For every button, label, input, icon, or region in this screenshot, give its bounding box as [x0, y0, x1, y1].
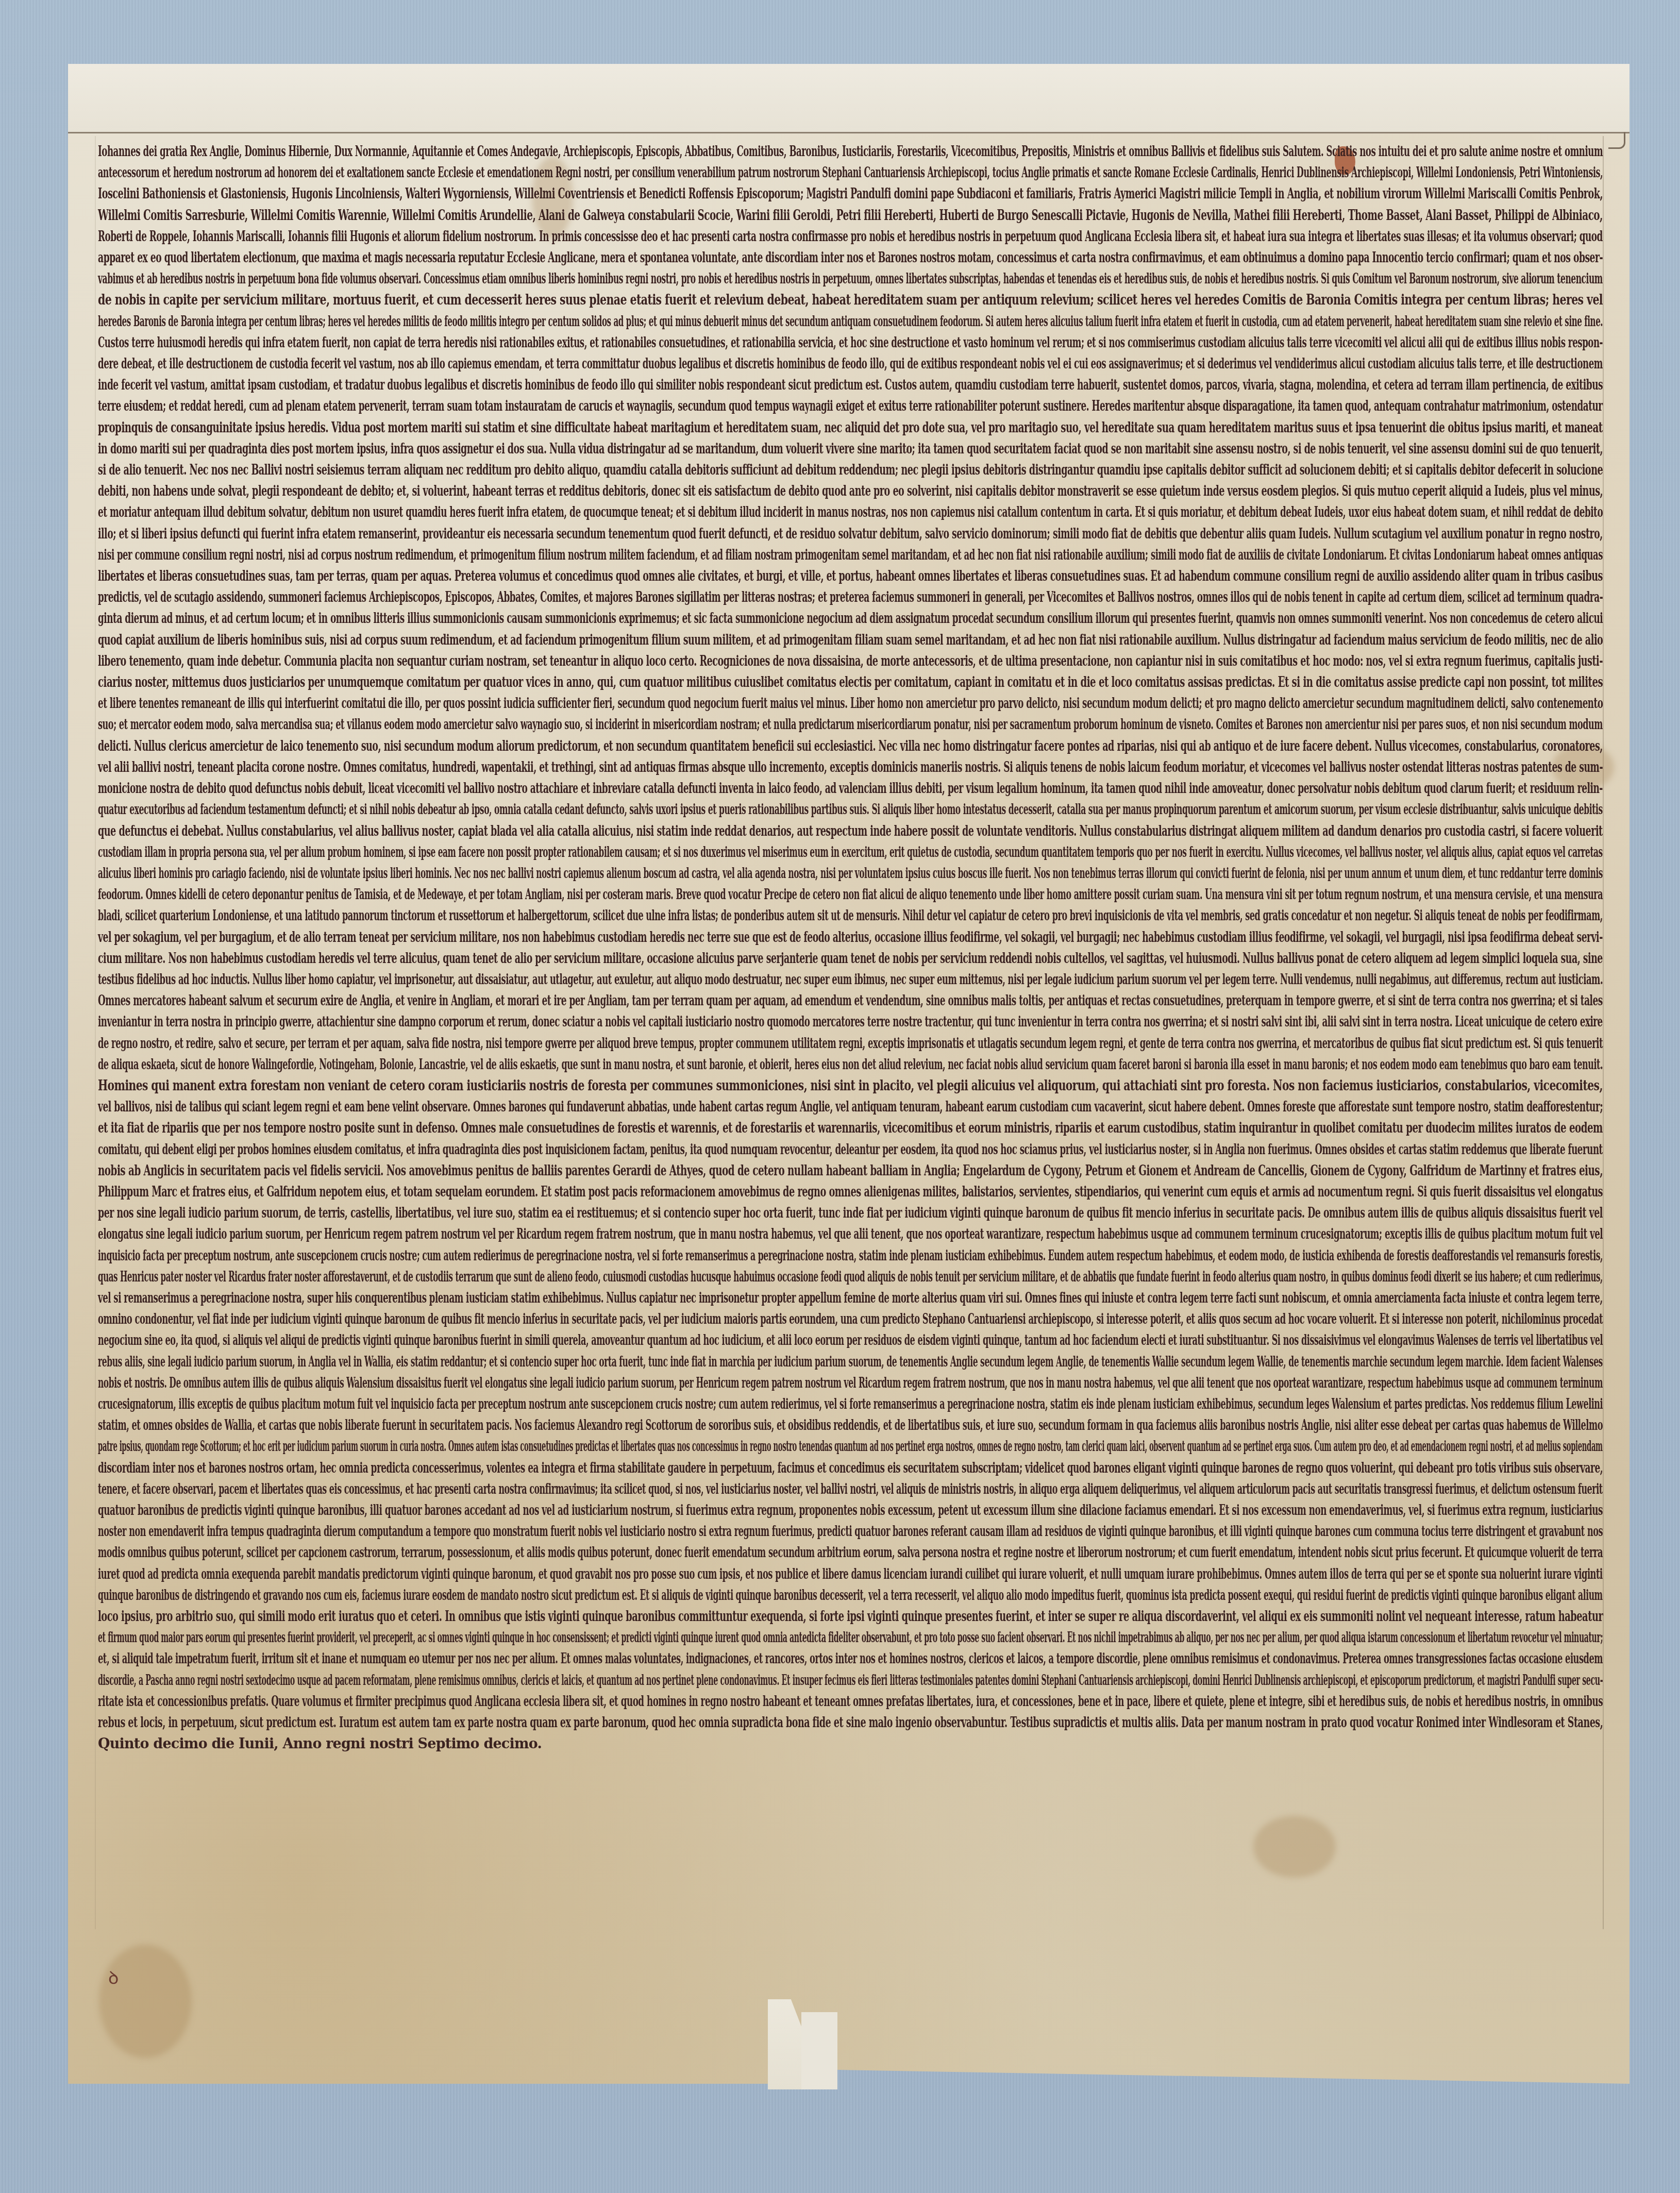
text-line: et moriatur antequam illud debitum solva…: [98, 502, 1603, 523]
text-line: ciarius noster, mittemus duos justiciari…: [98, 672, 1603, 693]
text-line: Ioscelini Bathoniensis et Glastoniensis,…: [98, 183, 1603, 205]
text-line: tenere, et facere observari, pacem et li…: [98, 1479, 1603, 1500]
text-line: nobis et nostris. De omnibus autem illis…: [98, 1373, 1603, 1394]
text-line: comitatu, qui debent eligi per probos ho…: [98, 1139, 1603, 1160]
text-line: elongatus sine legali iudicio parium suo…: [98, 1224, 1603, 1245]
text-line: cium militare. Nos non habebimus custodi…: [98, 948, 1603, 969]
text-line: statim, et omnes obsides de Wallia, et c…: [98, 1415, 1603, 1436]
fold-tab-right: [1608, 132, 1625, 149]
text-line: patre ipsius, quondam rege Scottorum; et…: [98, 1436, 1603, 1457]
text-line: et libere tenentes remaneant de illis qu…: [98, 693, 1603, 714]
text-line: apparet ex eo quod libertatem electionum…: [98, 247, 1603, 268]
text-line: Willelmi Comitis Sarresburie, Willelmi C…: [98, 205, 1603, 226]
text-line: antecessorum et heredum nostrorum ad hon…: [98, 162, 1603, 183]
text-line: quatuor baronibus de predictis viginti q…: [98, 1500, 1603, 1521]
stain: [1253, 1816, 1336, 1878]
text-line: et firmum quod maior pars eorum qui pres…: [98, 1627, 1603, 1648]
text-line: delicti. Nullus clericus amercietur de l…: [98, 736, 1603, 757]
text-line: et ita fiat de ripariis que per nos temp…: [98, 1118, 1603, 1139]
text-line: in domo mariti sui per quadraginta dies …: [98, 438, 1603, 460]
text-line: omnino condonentur, vel fiat inde per iu…: [98, 1309, 1603, 1330]
text-line: quatur executoribus ad faciendum testame…: [98, 799, 1603, 820]
text-line: Quinto decimo die Iunii, Anno regni nost…: [98, 1733, 542, 1755]
text-line: loco ipsius, pro arbitrio suo, qui simil…: [98, 1606, 1603, 1627]
text-line: terre eiusdem; et reddat heredi, cum ad …: [98, 396, 1603, 417]
text-line: vabimus et ab heredibus nostris in perpe…: [98, 268, 1603, 290]
text-line: noster non emendaverit infra tempus quad…: [98, 1521, 1603, 1542]
text-line: vel ballivos, nisi de talibus qui sciant…: [98, 1096, 1603, 1118]
bottom-notch-repair-strip: [801, 2012, 837, 2089]
text-line: discordiam inter nos et barones nostros …: [98, 1458, 1603, 1479]
text-line: monicione nostra de debito quod defunctu…: [98, 778, 1603, 799]
text-line: rebus et locis, in perpetuum, sicut pred…: [98, 1712, 1603, 1733]
text-line: suo; et mercator eodem modo, salva merca…: [98, 714, 1603, 735]
text-line: Homines qui manent extra forestam non ve…: [98, 1075, 1603, 1096]
margin-rule-left: [95, 136, 96, 1929]
text-line: Omnes mercatores habeant salvum et secur…: [98, 990, 1603, 1011]
text-line: negocium sine eo, ita quod, si aliquis v…: [98, 1330, 1603, 1351]
text-line: de regno nostro, et redire, salvo et sec…: [98, 1033, 1603, 1054]
text-line: illo; et si liberi ipsius defuncti qui f…: [98, 524, 1603, 545]
charter-parchment: Iohannes dei gratia Rex Anglie, Dominus …: [68, 64, 1629, 2084]
text-line: vel si remanserimus a peregrinacione nos…: [98, 1288, 1603, 1309]
text-line: bladi, scilicet quarterium Londoniense, …: [98, 905, 1603, 926]
text-line: nobis ab Anglicis in securitatem pacis v…: [98, 1160, 1603, 1182]
text-line: per nos sine legali iudicio parium suoru…: [98, 1203, 1603, 1224]
text-line: ginta dierum ad minus, et ad certum locu…: [98, 608, 1603, 629]
text-line: de nobis in capite per servicium militar…: [98, 290, 1603, 311]
text-line: quod capiat auxilium de liberis hominibu…: [98, 630, 1603, 651]
text-line: crucesignatorum, illis exceptis de quibu…: [98, 1394, 1603, 1415]
corner-ink-mark: ꝺ: [108, 1965, 119, 1989]
text-line: Philippum Marc et fratres eius, et Galfr…: [98, 1182, 1603, 1203]
text-line: iuret quod ad predicta omnia exequenda p…: [98, 1564, 1603, 1585]
charter-text: Iohannes dei gratia Rex Anglie, Dominus …: [98, 141, 1603, 1755]
text-line: dere debeat, et ille destructionem de cu…: [98, 353, 1603, 375]
text-line: libero tenemento, quam inde debetur. Com…: [98, 651, 1603, 672]
text-line: predictis, vel de scutagio assidendo, su…: [98, 587, 1603, 608]
text-line: ritate ista et concessionibus prefatis. …: [98, 1691, 1603, 1712]
margin-rule-right: [1603, 136, 1604, 1929]
text-line: nisi per commune consilium regni nostri,…: [98, 545, 1603, 566]
text-line: Iohannes dei gratia Rex Anglie, Dominus …: [98, 141, 1603, 162]
text-line: inveniantur in terra nostra in principio…: [98, 1011, 1603, 1033]
text-line: alicuius liberi hominis pro cariagio fac…: [98, 863, 1603, 884]
text-line: feodorum. Omnes kidelli de cetero depona…: [98, 884, 1603, 905]
text-line: si de alio tenuerit. Nec nos nec Ballivi…: [98, 460, 1603, 481]
text-line: libertates et liberas consuetudines suas…: [98, 566, 1603, 587]
text-line: et, si aliquid tale impetratum fuerit, i…: [98, 1648, 1603, 1669]
text-line: inquisicio facta per preceptum nostrum, …: [98, 1245, 1603, 1267]
text-line: heredes Baronis de Baronia integra per c…: [98, 311, 1603, 332]
text-line: inde fecerit vel vastum, amittat ipsam c…: [98, 375, 1603, 396]
text-line: que defunctus ei debebat. Nullus constab…: [98, 821, 1603, 842]
text-line: Custos terre huiusmodi heredis qui infra…: [98, 332, 1603, 353]
text-line: rebus aliis, sine legali iudicio parium …: [98, 1352, 1603, 1373]
text-line: discordie, a Pascha anno regni nostri se…: [98, 1670, 1603, 1691]
text-line: propinquis de consanguinitate ipsius her…: [98, 417, 1603, 438]
text-line: quas Henricus pater noster vel Ricardus …: [98, 1267, 1603, 1288]
text-line: Roberti de Roppele, Iohannis Mariscalli,…: [98, 226, 1603, 247]
text-line: custodiam illam in propria persona sua, …: [98, 842, 1603, 863]
stain: [99, 1945, 192, 2058]
text-line: debiti, non habens unde solvat, plegii r…: [98, 481, 1603, 502]
text-line: de aliqua eskaeta, sicut de honore Walin…: [98, 1054, 1603, 1075]
text-line: vel per sokagium, vel per burgagium, et …: [98, 927, 1603, 948]
text-line: testibus fidelibus ad hoc inductis. Null…: [98, 969, 1603, 990]
top-fold-strip: [68, 64, 1629, 133]
text-line: modis omnibus quibus poterunt, scilicet …: [98, 1542, 1603, 1563]
text-line: vel alii ballivi nostri, teneant placita…: [98, 757, 1603, 778]
text-line: quinque baronibus de distringendo et gra…: [98, 1585, 1603, 1606]
